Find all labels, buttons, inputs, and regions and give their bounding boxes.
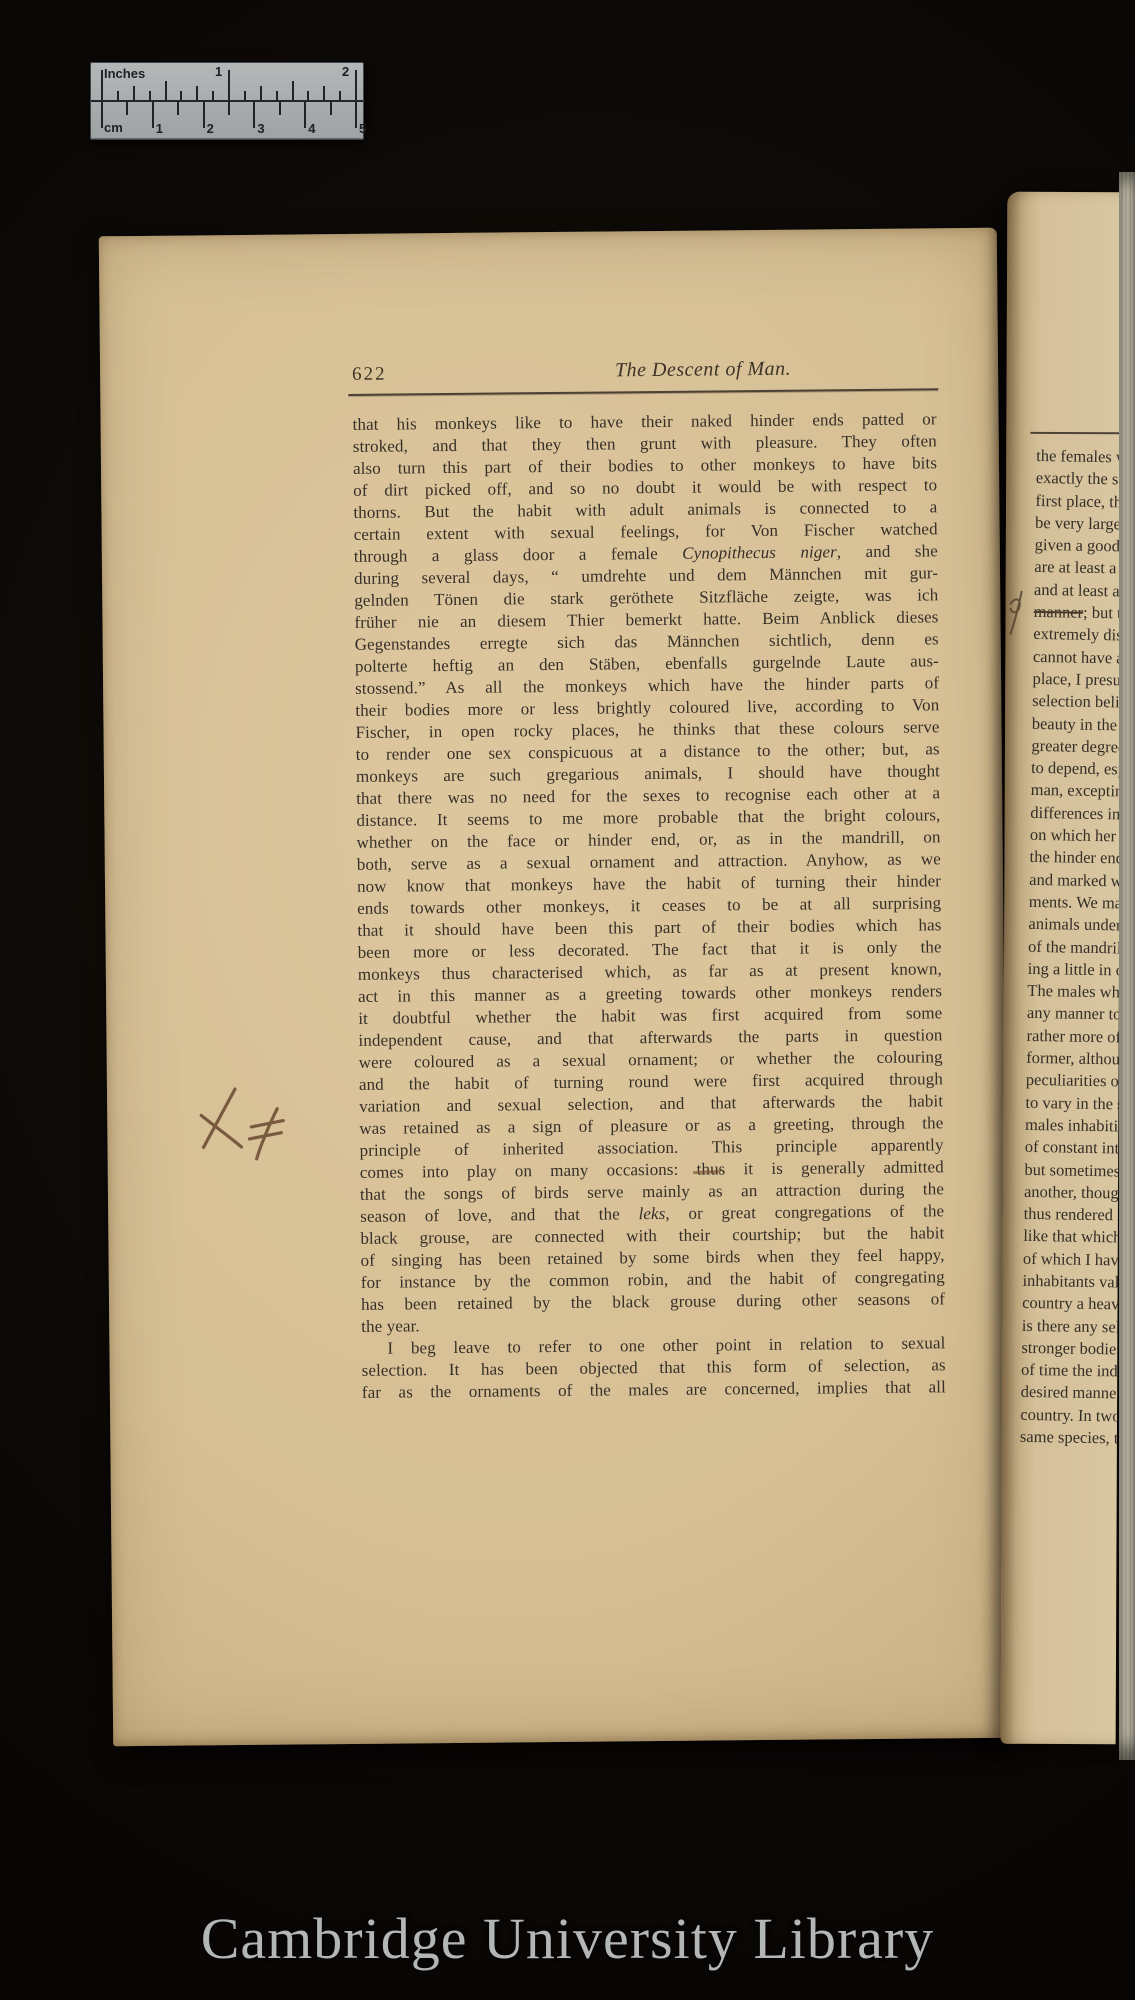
ruler-tick <box>260 86 262 100</box>
ruler-tick <box>276 91 278 100</box>
text-line: same species, the in <box>1020 1426 1123 1451</box>
text-line: given a good instan <box>1035 534 1123 559</box>
book-page: 622 The Descent of Man. that his monkeys… <box>99 228 1011 1747</box>
ruler-inch-number: 2 <box>342 64 349 79</box>
handwritten-margin-mark <box>1006 590 1026 636</box>
ruler-inch-number: 1 <box>215 64 222 79</box>
ruler-tick <box>149 91 151 100</box>
text-line: greater degree by on <box>1031 735 1122 760</box>
text-line: selection believes t <box>1032 690 1122 715</box>
text-line: another, though at a <box>1024 1181 1123 1206</box>
ruler-tick <box>330 102 332 115</box>
ruler-tick <box>165 81 167 100</box>
text-line: is there any selecti <box>1022 1314 1123 1339</box>
text-line: beauty in the males <box>1032 712 1123 737</box>
ruler-tick <box>152 102 154 128</box>
text-line: like that which I ha <box>1023 1225 1122 1250</box>
text-line: any manner to the f <box>1027 1002 1123 1027</box>
ruler-tick <box>228 70 230 100</box>
ruler-tick <box>323 86 325 100</box>
text-line: to depend, especiall <box>1031 757 1123 782</box>
text-line: males inhabiting the <box>1025 1114 1122 1139</box>
ruler-inch-scale: Inches 12 <box>91 63 363 100</box>
library-caption: Cambridge University Library <box>0 1905 1135 1972</box>
text-line: of time the individu <box>1021 1359 1122 1384</box>
running-title: The Descent of Man. <box>350 356 936 385</box>
ruler-inch-label: Inches <box>104 66 145 81</box>
ruler-tick <box>101 102 103 128</box>
text-line: and marked with ob <box>1029 869 1122 894</box>
text-line: country a heavier a <box>1022 1292 1122 1317</box>
ruler-tick <box>117 91 119 100</box>
ruler-tick <box>180 91 182 100</box>
scan-viewport: Inches 12 cm 12345 622 The Descent of Ma… <box>0 0 1135 2000</box>
ruler-tick <box>101 70 103 100</box>
text-line: peculiarities of thei <box>1026 1069 1123 1094</box>
text-line: on which her beauty <box>1030 824 1123 849</box>
text-line: are at least a hundr <box>1034 556 1122 581</box>
ruler-tick <box>304 102 306 128</box>
text-line: former, although var <box>1026 1047 1122 1072</box>
text-line: of which I have gi <box>1023 1248 1123 1273</box>
text-line: of constant intercro <box>1025 1136 1123 1161</box>
ruler-tick <box>355 102 357 128</box>
ruler-tick <box>177 102 179 115</box>
text-line: far as the ornaments of the males are co… <box>362 1376 946 1404</box>
page-body: that his monkeys like to have their nake… <box>352 408 945 1404</box>
ruler-cm-number: 2 <box>207 121 214 136</box>
ruler-tick <box>339 91 341 100</box>
text-line: manner; but the <box>1033 601 1122 626</box>
body-paragraph-1: that his monkeys like to have their nake… <box>352 408 945 1338</box>
ruler-cm-scale: cm 12345 <box>91 102 363 139</box>
ruler-cm-label: cm <box>104 120 123 135</box>
text-line: first place, that alth <box>1035 490 1122 515</box>
ruler-tick <box>126 102 128 115</box>
text-line: ments. We may in <box>1029 891 1123 916</box>
ruler-tick <box>307 91 309 100</box>
text-line: and at least a score <box>1034 579 1123 604</box>
handwritten-x-annotation <box>199 1085 292 1166</box>
ruler-tick <box>228 102 230 115</box>
ruler-tick <box>244 91 246 100</box>
body-paragraph-2: I beg leave to refer to one other point … <box>361 1332 946 1404</box>
ruler-tick <box>196 86 198 100</box>
ruler-tick <box>212 91 214 100</box>
text-line: but sometimes a litt <box>1024 1158 1122 1183</box>
page-header: 622 The Descent of Man. <box>350 356 936 390</box>
text-line: to vary in the same <box>1025 1091 1122 1116</box>
page-fore-edge <box>1119 172 1135 1760</box>
text-line: be very large, it is <box>1035 512 1122 537</box>
text-line: differences in the fe <box>1030 802 1122 827</box>
text-line: rather more offsprin <box>1026 1025 1122 1050</box>
ruler-tick <box>253 102 255 128</box>
text-line: The males which we <box>1027 980 1122 1005</box>
text-line: ing a little in one w <box>1028 958 1123 983</box>
ruler-tick <box>203 102 205 128</box>
text-line: desired manner aln <box>1021 1381 1123 1406</box>
text-line: the hinder end of <box>1029 846 1122 871</box>
text-line: inhabitants value a <box>1022 1270 1122 1295</box>
text-line: stronger bodies and l <box>1021 1337 1122 1362</box>
text-line: extremely distinct. <box>1033 623 1122 648</box>
ruler-cm-number: 1 <box>156 121 163 136</box>
text-line: of the mandrill were <box>1028 935 1122 960</box>
ruler-tick <box>292 81 294 100</box>
text-line: animals under dome <box>1028 913 1122 938</box>
text-line: exactly the same ta <box>1036 467 1123 492</box>
ruler: Inches 12 cm 12345 <box>90 62 364 140</box>
ruler-tick <box>355 70 357 100</box>
next-page-text: the females withinexactly the same tafir… <box>1020 445 1123 1451</box>
text-line: cannot have an unli <box>1033 646 1123 671</box>
text-line: country. In two ab <box>1020 1404 1122 1429</box>
text-line: thus rendered more <box>1023 1203 1122 1228</box>
next-page-header-rule <box>1030 432 1122 434</box>
header-rule <box>348 388 938 396</box>
ruler-cm-number: 4 <box>308 121 315 136</box>
text-line: man, excepting perh <box>1031 779 1123 804</box>
ruler-tick <box>279 102 281 115</box>
ruler-cm-number: 3 <box>257 121 264 136</box>
ruler-tick <box>133 86 135 100</box>
text-line: place, I presume th <box>1032 668 1122 693</box>
ruler-cm-number: 5 <box>359 121 366 136</box>
next-page-edge: the females withinexactly the same tafir… <box>1001 192 1123 1744</box>
text-line: the females within <box>1036 445 1122 470</box>
ruler-bottom-edge <box>91 138 363 139</box>
